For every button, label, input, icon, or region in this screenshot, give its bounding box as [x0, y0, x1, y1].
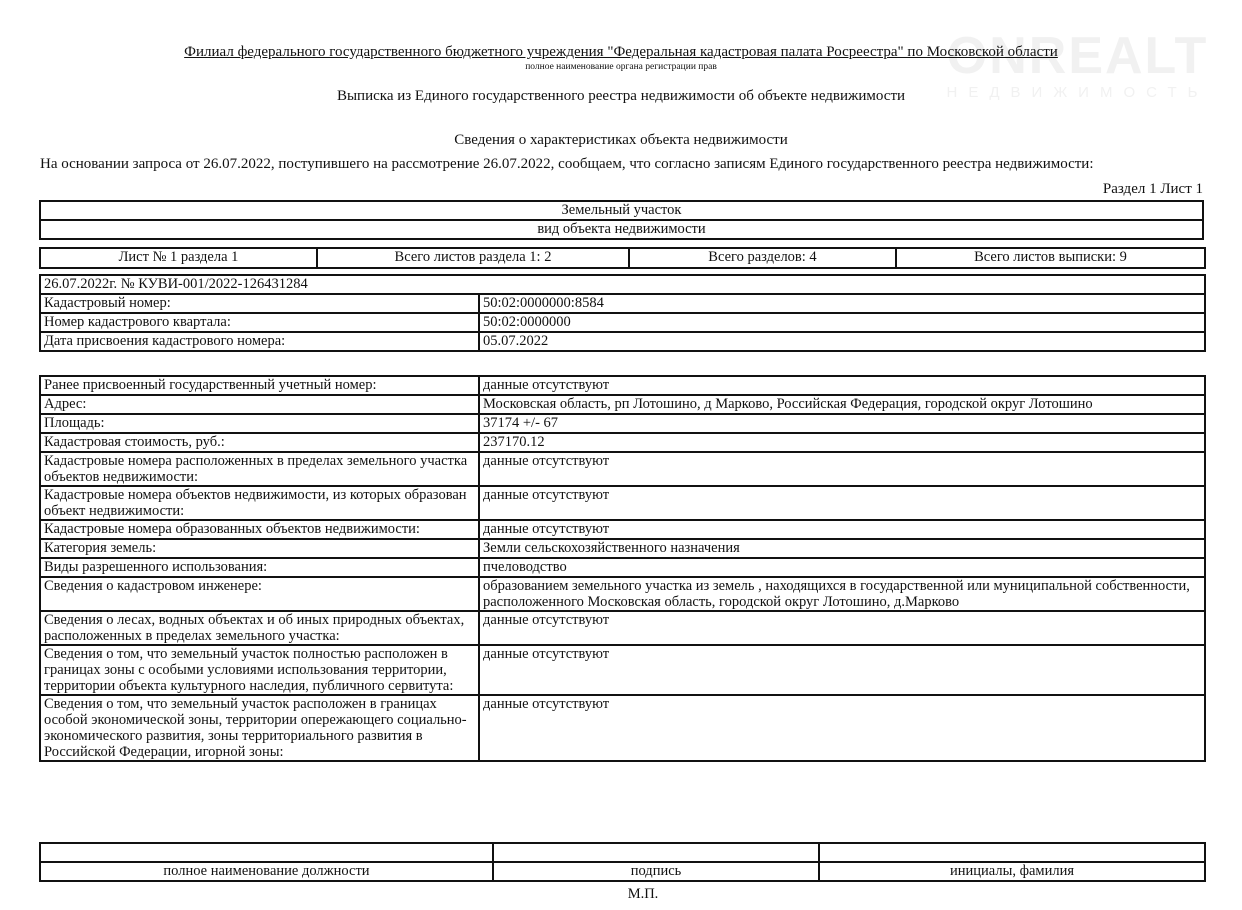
name-field — [819, 843, 1205, 862]
row-value: данные отсутствуют — [479, 695, 1205, 761]
row-label: Кадастровые номера объектов недвижимости… — [40, 486, 479, 520]
signature-table: полное наименование должности подпись ин… — [39, 842, 1206, 882]
row-label: Категория земель: — [40, 539, 479, 558]
identification-table: 26.07.2022г. № КУВИ-001/2022-126431284 К… — [39, 274, 1206, 352]
extract-number: 26.07.2022г. № КУВИ-001/2022-126431284 — [40, 275, 1205, 294]
table-row: Площадь:37174 +/- 67 — [40, 414, 1205, 433]
row-value: 237170.12 — [479, 433, 1205, 452]
object-kind-table: Земельный участок вид объекта недвижимос… — [39, 200, 1204, 240]
assignment-date: 05.07.2022 — [479, 332, 1205, 351]
table-row: Кадастровый номер: 50:02:0000000:8584 — [40, 294, 1205, 313]
table-row: Категория земель:Земли сельскохозяйствен… — [40, 539, 1205, 558]
table-row: Сведения о том, что земельный участок по… — [40, 645, 1205, 695]
table-row: Дата присвоения кадастрового номера: 05.… — [40, 332, 1205, 351]
table-row: Сведения о лесах, водных объектах и об и… — [40, 611, 1205, 645]
page-reference: Раздел 1 Лист 1 — [1103, 181, 1203, 198]
table-row: Ранее присвоенный государственный учетны… — [40, 376, 1205, 395]
table-row: Сведения о том, что земельный участок ра… — [40, 695, 1205, 761]
table-row: Кадастровая стоимость, руб.:237170.12 — [40, 433, 1205, 452]
row-value: данные отсутствуют — [479, 645, 1205, 695]
row-label: Виды разрешенного использования: — [40, 558, 479, 577]
object-kind-caption: вид объекта недвижимости — [40, 220, 1203, 239]
sheets-info-table: Лист № 1 раздела 1 Всего листов раздела … — [39, 247, 1206, 269]
row-label: Адрес: — [40, 395, 479, 414]
row-label: Ранее присвоенный государственный учетны… — [40, 376, 479, 395]
row-label: Сведения о том, что земельный участок по… — [40, 645, 479, 695]
table-row: Виды разрешенного использования:пчеловод… — [40, 558, 1205, 577]
table-row: Адрес:Московская область, рп Лотошино, д… — [40, 395, 1205, 414]
cadastral-quarter: 50:02:0000000 — [479, 313, 1205, 332]
row-value: данные отсутствуют — [479, 520, 1205, 539]
document-title: Выписка из Единого государственного реес… — [0, 88, 1242, 105]
request-basis-text: На основании запроса от 26.07.2022, пост… — [40, 156, 1094, 173]
row-label: Кадастровая стоимость, руб.: — [40, 433, 479, 452]
signature-field — [493, 843, 819, 862]
organization-caption: полное наименование органа регистрации п… — [0, 62, 1242, 72]
sheet-number: Лист № 1 раздела 1 — [40, 248, 317, 268]
row-value: данные отсутствуют — [479, 611, 1205, 645]
row-label: Номер кадастрового квартала: — [40, 313, 479, 332]
table-row: Сведения о кадастровом инженере:образова… — [40, 577, 1205, 611]
row-label: Сведения о лесах, водных объектах и об и… — [40, 611, 479, 645]
row-value: данные отсутствуют — [479, 486, 1205, 520]
position-caption: полное наименование должности — [40, 862, 493, 881]
object-kind-value: Земельный участок — [40, 201, 1203, 220]
name-caption: инициалы, фамилия — [819, 862, 1205, 881]
row-value: пчеловодство — [479, 558, 1205, 577]
position-field — [40, 843, 493, 862]
organization-name: Филиал федерального государственного бюд… — [0, 44, 1242, 61]
row-value: 37174 +/- 67 — [479, 414, 1205, 433]
signature-caption: подпись — [493, 862, 819, 881]
row-value: образованием земельного участка из земел… — [479, 577, 1205, 611]
table-row: Кадастровые номера образованных объектов… — [40, 520, 1205, 539]
section-title: Сведения о характеристиках объекта недви… — [0, 132, 1242, 149]
row-value: Земли сельскохозяйственного назначения — [479, 539, 1205, 558]
total-sections: Всего разделов: 4 — [629, 248, 896, 268]
row-label: Площадь: — [40, 414, 479, 433]
cadastral-number: 50:02:0000000:8584 — [479, 294, 1205, 313]
row-label: Дата присвоения кадастрового номера: — [40, 332, 479, 351]
row-value: данные отсутствуют — [479, 452, 1205, 486]
stamp-place: М.П. — [0, 886, 1242, 903]
row-label: Сведения о том, что земельный участок ра… — [40, 695, 479, 761]
row-label: Кадастровые номера образованных объектов… — [40, 520, 479, 539]
row-label: Кадастровый номер: — [40, 294, 479, 313]
row-value: Московская область, рп Лотошино, д Марко… — [479, 395, 1205, 414]
total-sheets-extract: Всего листов выписки: 9 — [896, 248, 1205, 268]
table-row: Номер кадастрового квартала: 50:02:00000… — [40, 313, 1205, 332]
table-row: Кадастровые номера объектов недвижимости… — [40, 486, 1205, 520]
row-label: Сведения о кадастровом инженере: — [40, 577, 479, 611]
row-label: Кадастровые номера расположенных в преде… — [40, 452, 479, 486]
row-value: данные отсутствуют — [479, 376, 1205, 395]
total-sheets-section: Всего листов раздела 1: 2 — [317, 248, 629, 268]
characteristics-table: Ранее присвоенный государственный учетны… — [39, 375, 1206, 762]
table-row: Кадастровые номера расположенных в преде… — [40, 452, 1205, 486]
